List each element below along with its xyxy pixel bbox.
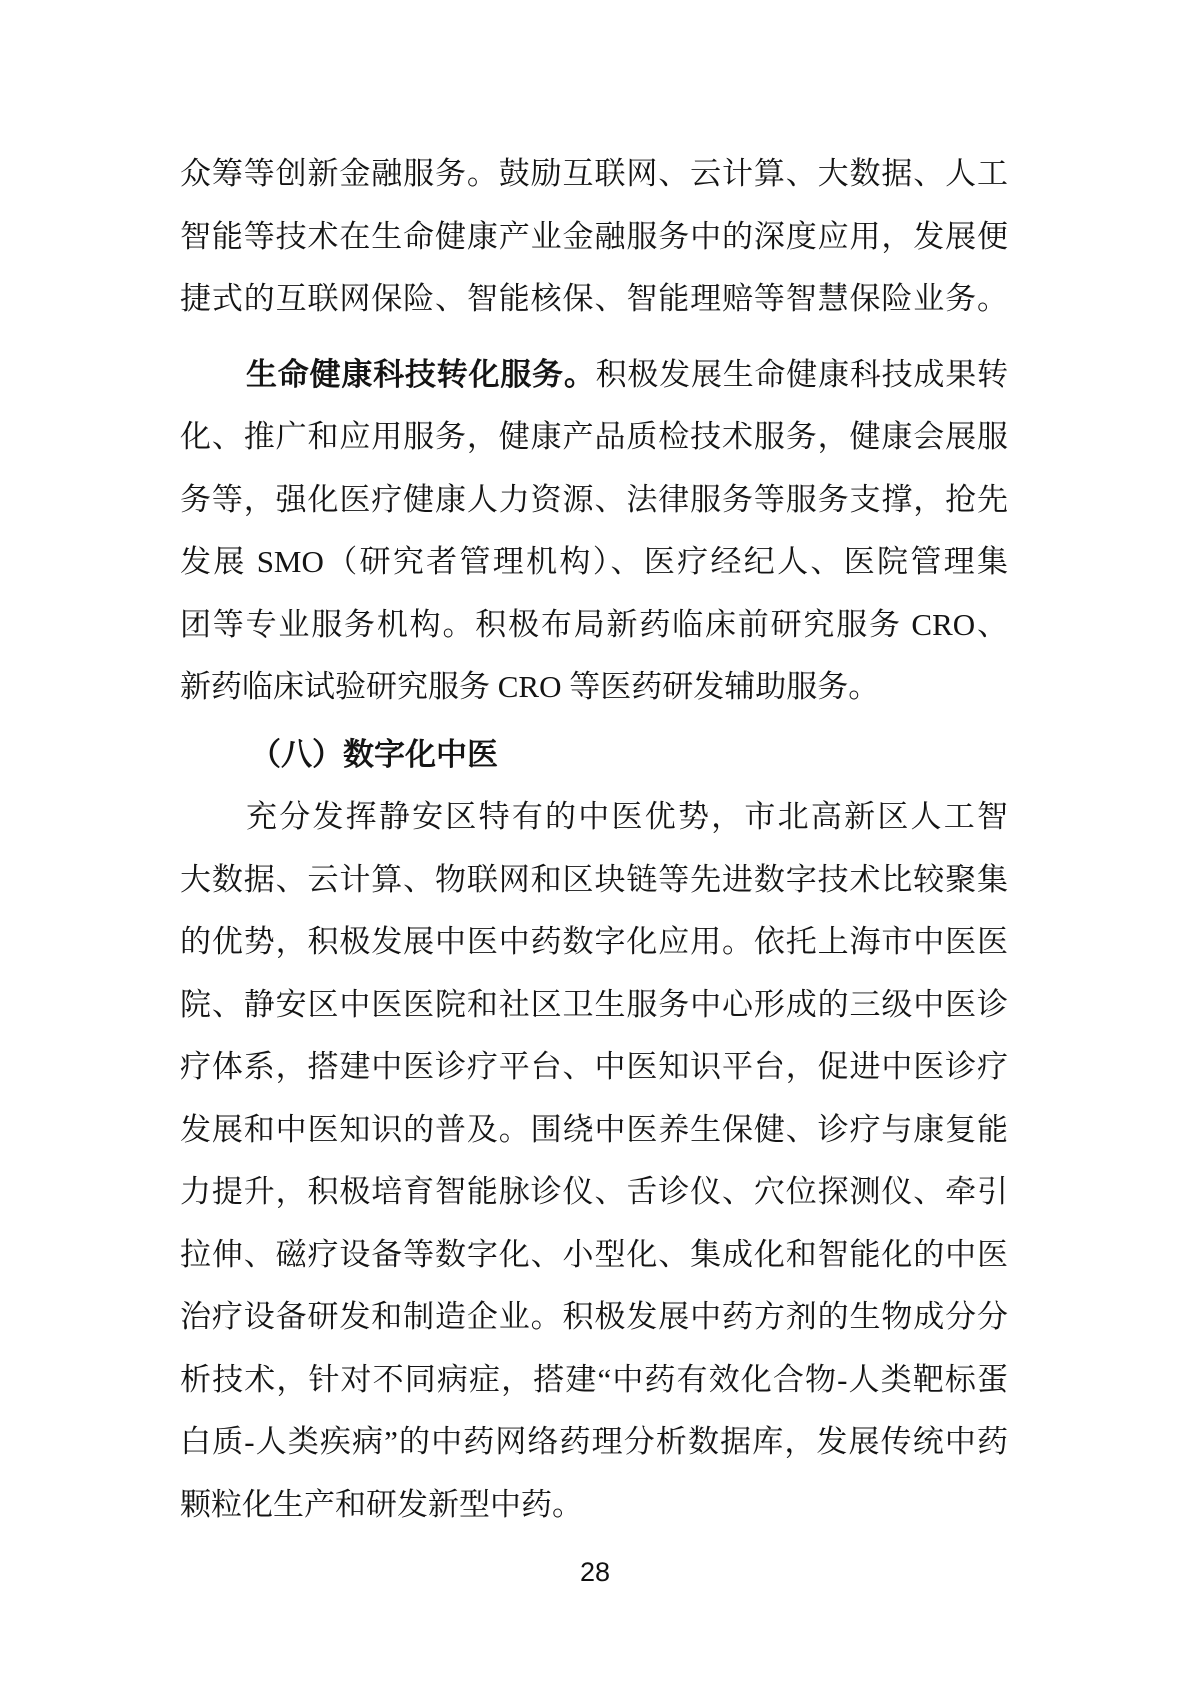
text-line: 治疗设备研发和制造企业。积极发展中药方剂的生物成分分 [180, 1286, 1008, 1349]
text-run: 积极发展生命健康科技成果转 [596, 357, 1008, 392]
text-line: 充分发挥静安区特有的中医优势，市北高新区人工智能、 [180, 786, 1008, 849]
text-line: 院、静安区中医医院和社区卫生服务中心形成的三级中医诊 [180, 974, 1008, 1037]
document-page: 众筹等创新金融服务。鼓励互联网、云计算、大数据、人工 智能等技术在生命健康产业金… [0, 0, 1190, 1682]
text-line: 新药临床试验研究服务 CRO 等医药研发辅助服务。 [180, 656, 1008, 719]
text-line: 化、推广和应用服务，健康产品质检技术服务，健康会展服 [180, 406, 1008, 469]
text-line: 大数据、云计算、物联网和区块链等先进数字技术比较聚集 [180, 849, 1008, 912]
text-line: 颗粒化生产和研发新型中药。 [180, 1474, 1008, 1537]
section-heading: （八）数字化中医 [180, 724, 1008, 787]
bold-run: 生命健康科技转化服务。 [246, 357, 596, 392]
text-line: 众筹等创新金融服务。鼓励互联网、云计算、大数据、人工 [180, 143, 1008, 206]
text-line: 拉伸、磁疗设备等数字化、小型化、集成化和智能化的中医 [180, 1224, 1008, 1287]
text-line: 析技术，针对不同病症，搭建“中药有效化合物-人类靶标蛋 [180, 1349, 1008, 1412]
text-line: 力提升，积极培育智能脉诊仪、舌诊仪、穴位探测仪、牵引 [180, 1161, 1008, 1224]
text-line: 智能等技术在生命健康产业金融服务中的深度应用，发展便 [180, 206, 1008, 269]
text-line: 的优势，积极发展中医中药数字化应用。依托上海市中医医 [180, 911, 1008, 974]
text-block: 众筹等创新金融服务。鼓励互联网、云计算、大数据、人工 智能等技术在生命健康产业金… [180, 143, 1008, 1536]
text-line: 务等，强化医疗健康人力资源、法律服务等服务支撑，抢先 [180, 469, 1008, 532]
text-line: 生命健康科技转化服务。积极发展生命健康科技成果转 [180, 344, 1008, 407]
text-line: 捷式的互联网保险、智能核保、智能理赔等智慧保险业务。 [180, 268, 1008, 331]
text-line: 疗体系，搭建中医诊疗平台、中医知识平台，促进中医诊疗 [180, 1036, 1008, 1099]
text-line: 发展和中医知识的普及。围绕中医养生保健、诊疗与康复能 [180, 1099, 1008, 1162]
text-line: 白质-人类疾病”的中药网络药理分析数据库，发展传统中药 [180, 1411, 1008, 1474]
text-line: 发展 SMO（研究者管理机构）、医疗经纪人、医院管理集 [180, 531, 1008, 594]
page-number: 28 [0, 1557, 1190, 1588]
text-line: 团等专业服务机构。积极布局新药临床前研究服务 CRO、 [180, 594, 1008, 657]
